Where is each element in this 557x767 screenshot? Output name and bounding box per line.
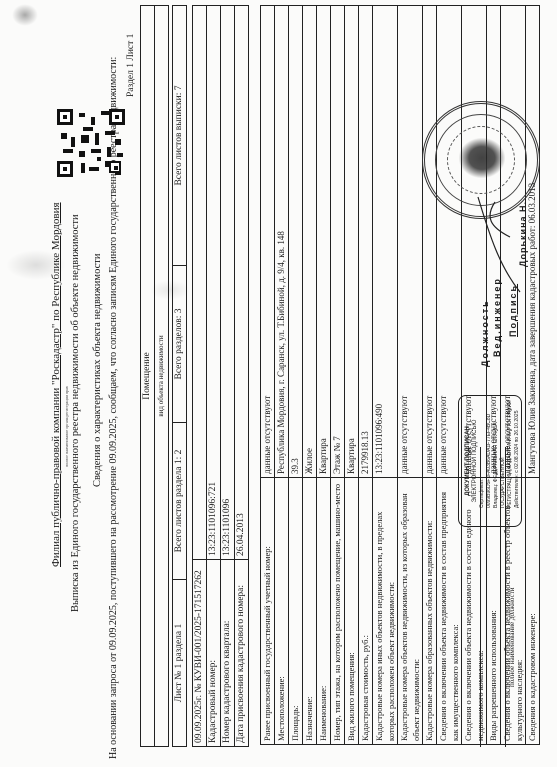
row-value: данные отсутствуют — [423, 6, 437, 478]
row-label: Номер, тип этажа, на котором расположено… — [331, 478, 345, 745]
section-title: Сведения о характеристиках объекта недви… — [92, 254, 103, 487]
table-row: Кадастровый номер:13:23:1101096:721 — [207, 6, 221, 747]
table-row: Сведения о кадастровом инженере:Мангутов… — [526, 6, 540, 745]
total-sheets: Всего листов выписки: 7 — [173, 6, 187, 266]
row-value: Жилое — [303, 6, 317, 478]
row-value: Этаж № 7 — [331, 6, 345, 478]
table-row: Местоположение:Республика Мордовия, г. С… — [275, 6, 289, 745]
sheet-label: Лист № 1 раздела 1 — [173, 580, 187, 747]
table-row: Номер, тип этажа, на котором расположено… — [331, 6, 345, 745]
organization-name: Филиал публично-правовой компании "Роска… — [50, 202, 62, 567]
header-rows-table: 09.09.2025г. № КУВИ-001/2025-171517262 К… — [192, 5, 249, 747]
table-row: Кадастровые номера объектов недвижимости… — [398, 6, 423, 745]
row-label: Кадастровые номера объектов недвижимости… — [398, 478, 423, 745]
row-value: данные отсутствуют — [398, 6, 423, 478]
row-value: Квартира — [345, 6, 359, 478]
row-label: Вид жилого помещения: — [345, 478, 359, 745]
row-label: Наименование: — [317, 478, 331, 745]
eagle-emblem-icon — [459, 138, 505, 178]
row-value: 39.3 — [289, 6, 303, 478]
sheet-info-table: Лист № 1 раздела 1 Всего листов раздела … — [172, 5, 187, 747]
table-row: Назначение:Жилое — [303, 6, 317, 745]
row-value: Квартира — [317, 6, 331, 478]
row-label: Кадастровые номера иных объектов недвижи… — [373, 478, 398, 745]
extract-title: Выписка из Единого государственного реес… — [70, 214, 81, 612]
total-sections: Всего разделов: 3 — [173, 266, 187, 423]
qr-code — [57, 109, 127, 179]
stamp-position-label: Должность — [480, 299, 490, 367]
table-row: Кадастровые номера образованных объектов… — [423, 6, 437, 745]
row-value: данные отсутствуют — [261, 6, 275, 478]
rotated-document-page: Филиал публично-правовой компании "Роска… — [0, 0, 557, 767]
sheets-in-section: Всего листов раздела 1: 2 — [173, 423, 187, 580]
row-label: Кадастровые номера образованных объектов… — [423, 478, 437, 745]
table-row: Дата присвоения кадастрового номера:26.0… — [235, 6, 249, 747]
object-type: Помещение — [141, 6, 155, 747]
table-row: Кадастровая стоимость, руб.:2179918.13 — [359, 6, 373, 745]
object-type-table: Помещение вид объекта недвижимости — [140, 5, 169, 747]
position-caption: полное наименование должности — [508, 587, 516, 687]
row-value: 2179918.13 — [359, 6, 373, 478]
row-label: Кадастровая стоимость, руб.: — [359, 478, 373, 745]
row-value: 13:23:1101096:490 — [373, 6, 398, 478]
row-label: Площадь: — [289, 478, 303, 745]
handwritten-signature — [470, 187, 530, 297]
section-sheet-label: Раздел 1 Лист 1 — [126, 34, 136, 97]
row-label: Ранее присвоенный государственный учетны… — [261, 478, 275, 745]
table-row: Вид жилого помещения:Квартира — [345, 6, 359, 745]
table-row: Площадь:39.3 — [289, 6, 303, 745]
row-value: Республика Мордовия, г. Саранск, ул. Т.Б… — [275, 6, 289, 478]
electronic-signature-box: ДОКУМЕНТ ПОДПИСАН ЭЛЕКТРОННОЙ ПОДПИСЬЮ С… — [458, 395, 522, 527]
row-label: Назначение: — [303, 478, 317, 745]
organization-caption: полное наименование органа регистрации п… — [64, 386, 69, 467]
object-type-caption: вид объекта недвижимости — [155, 6, 169, 747]
table-row: Ранее присвоенный государственный учетны… — [261, 6, 275, 745]
row-label: Сведения о кадастровом инженере: — [526, 478, 540, 745]
table-row: Наименование:Квартира — [317, 6, 331, 745]
table-row: Номер кадастрового квартала:13:23:110109… — [221, 6, 235, 747]
row-label: Местоположение: — [275, 478, 289, 745]
request-number: 09.09.2025г. № КУВИ-001/2025-171517262 — [193, 560, 207, 747]
table-row: Кадастровые номера иных объектов недвижи… — [373, 6, 398, 745]
